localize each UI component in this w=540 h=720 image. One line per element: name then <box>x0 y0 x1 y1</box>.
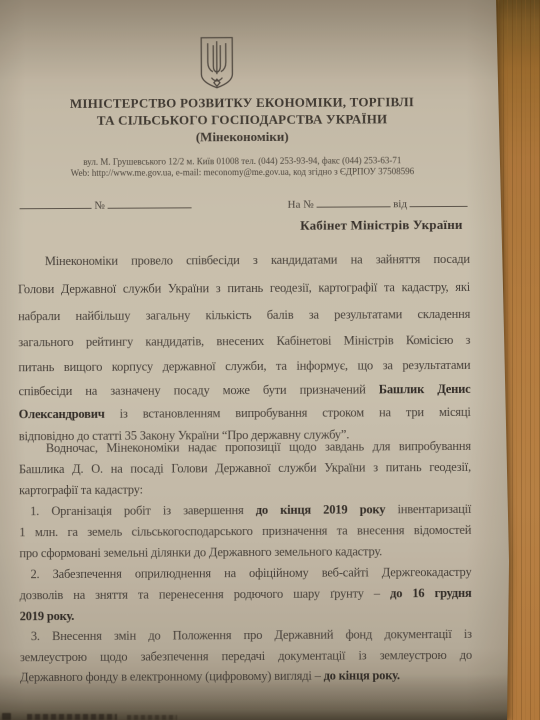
ministry-short-name: (Мінекономіки) <box>0 128 485 147</box>
ukraine-tryzub-emblem-icon <box>198 36 236 89</box>
addressee: Кабінет Міністрів України <box>0 217 463 235</box>
incoming-date-blank-line <box>410 195 468 207</box>
body-line: землеустрою щодо забезпечення передачі д… <box>20 648 472 665</box>
ministry-name-line1: МІНІСТЕРСТВО РОЗВИТКУ ЕКОНОМІКИ, ТОРГІВЛ… <box>0 94 485 113</box>
no-label: № <box>94 200 105 212</box>
body-line: Башлика Д. О. на посаді Голови Державної… <box>19 460 471 477</box>
body-line: питань вищого корпусу державної служби, … <box>18 358 470 375</box>
body-line: Водночас, Мінекономіки надає пропозиції … <box>19 439 471 456</box>
letterhead-web-line: Web: http://www.me.gov.ua, e-mail: mecon… <box>0 166 485 179</box>
document-paper: МІНІСТЕРСТВО РОЗВИТКУ ЕКОНОМІКИ, ТОРГІВЛ… <box>0 0 512 720</box>
body-line: Державного фонду в електронному (цифрово… <box>20 668 472 685</box>
vid-label: від <box>393 198 407 210</box>
na-no-label: На № <box>288 199 314 211</box>
reference-number-right: На № від <box>288 195 468 211</box>
body-line: Голови Державної служби України з питань… <box>18 280 470 297</box>
body-line: загального рейтингу кандидатів, внесених… <box>18 333 470 350</box>
body-line: Мінекономіки провело співбесіди з кандид… <box>18 252 470 269</box>
body-line: картографії та кадастру: <box>19 481 471 498</box>
number-blank-line <box>108 196 192 208</box>
body-line: співбесіди на зазначену посаду може бути… <box>19 382 471 399</box>
body-line: 1. Організація робіт із завершення до кі… <box>19 502 471 519</box>
body-line: дозволів на зняття та перенесення родючо… <box>20 586 472 603</box>
reference-number-left: № <box>20 196 192 212</box>
incoming-number-blank-line <box>316 195 390 207</box>
body-line: 2. Забезпечення оприлюднення на офіційно… <box>19 565 471 582</box>
ministry-name-line2: ТА СІЛЬСЬКОГО ГОСПОДАРСТВА УКРАЇНИ <box>0 111 485 130</box>
body-line: Олександрович із встановленням випробува… <box>19 405 471 422</box>
body-line: 3. Внесення змін до Положення про Держав… <box>20 627 472 644</box>
date-blank-line <box>20 197 92 209</box>
body-line: 1 млн. га земель сільськогосподарського … <box>19 523 471 540</box>
letter-content: МІНІСТЕРСТВО РОЗВИТКУ ЕКОНОМІКИ, ТОРГІВЛ… <box>0 0 514 720</box>
photo-background: МІНІСТЕРСТВО РОЗВИТКУ ЕКОНОМІКИ, ТОРГІВЛ… <box>0 0 540 720</box>
body-line: 2019 року. <box>20 607 472 624</box>
body-line: про сформовані земельні ділянки до Держа… <box>19 544 471 561</box>
body-line: набрали найбільшу загальну кількість бал… <box>18 307 470 324</box>
letter-body: Мінекономіки провело співбесіди з кандид… <box>0 0 510 1</box>
